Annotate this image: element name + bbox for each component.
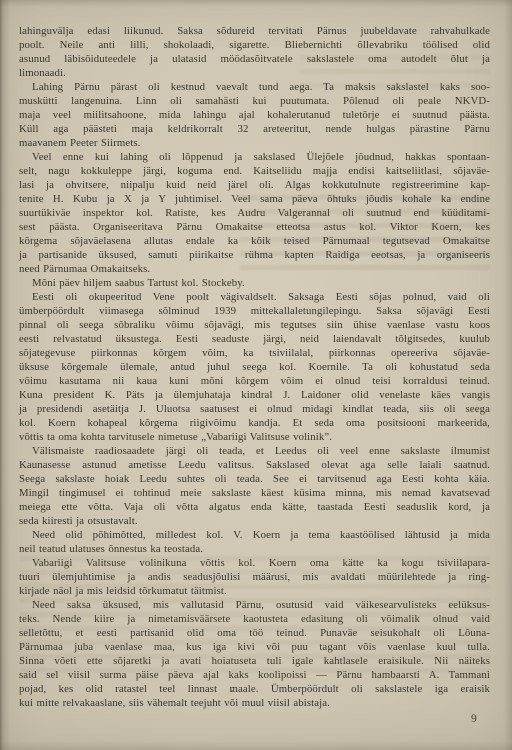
text-line: pinnal oli seega sõbraliku võimu sõjaväg…: [19, 318, 490, 332]
text-line: seda kiiresti ja otsustavalt.: [19, 514, 490, 528]
paper-speck: [231, 690, 233, 692]
text-line: Kuna president K. Päts ja ülemjuhataja k…: [19, 388, 490, 402]
paragraph: Mõni päev hiljem saabus Tartust kol. Sto…: [19, 276, 490, 290]
text-line: Pärnumaa juba vaenlase maa, kus iga kivi…: [19, 640, 490, 654]
text-line: võimu kasutama nii kaua kuni mõni kõrgem…: [19, 374, 490, 388]
page-text: lahinguvälja edasi liikunud. Saksa sõdur…: [19, 24, 490, 710]
text-line: maja veel miilitsahoone, mida lahingu aj…: [19, 108, 490, 122]
text-line: poolt. Neile anti lilli, shokolaadi, sig…: [19, 38, 490, 52]
text-line: Vabariigi Valitsuse volinikuna võttis ko…: [19, 556, 490, 570]
text-line: tenite H. Kubu ja X ja Y juhtimisel. Vee…: [19, 192, 490, 206]
text-line: need Pärnumaa Omakaitseks.: [19, 262, 490, 276]
paragraph: Need olid põhimõtted, milledest kol. V. …: [19, 528, 490, 556]
text-line: asunud läbisõiduteedele ja ulatasid mööd…: [19, 52, 490, 66]
text-line: selt, nagu kokkuleppe järgi, koguma end.…: [19, 164, 490, 178]
text-line: said sel viisil surma päise päeva ajal k…: [19, 668, 490, 682]
text-line: kol. Koern kohapeal kõrgema riigivõimu k…: [19, 416, 490, 430]
paragraph: Lahing Pärnu pärast oli kestnud vaevalt …: [19, 80, 490, 150]
text-line: Mõni päev hiljem saabus Tartust kol. Sto…: [19, 276, 490, 290]
text-line: eesti relvastatud üksustega. Eesti seadu…: [19, 332, 490, 346]
page-number: 9: [471, 712, 477, 726]
text-line: pojad, kes olid ratastel teel linnast ma…: [19, 682, 490, 696]
paragraph: Eesti oli okupeeritud Vene poolt vägival…: [19, 290, 490, 444]
text-line: Veel enne kui lahing oli lõppenud ja sak…: [19, 150, 490, 164]
text-line: Välismaiste raadiosaadete järgi oli tead…: [19, 444, 490, 458]
text-line: neil teatud ulatuses õnnestus ka teostad…: [19, 542, 490, 556]
paragraph: lahinguvälja edasi liikunud. Saksa sõdur…: [19, 24, 490, 80]
text-line: maavanem Peeter Siirmets.: [19, 136, 490, 150]
text-line: lahinguvälja edasi liikunud. Saksa sõdur…: [19, 24, 490, 38]
text-line: tuuri ülemjuhtimise ja andis seadusjõuli…: [19, 570, 490, 584]
text-line: lasi ja ohvitsere, niipalju kuid neid jä…: [19, 178, 490, 192]
text-line: Eesti oli okupeeritud Vene poolt vägival…: [19, 290, 490, 304]
text-line: limonaadi.: [19, 66, 490, 80]
text-line: ja presidendi asetäitja J. Uluotsa saatu…: [19, 402, 490, 416]
text-line: muskütti langenuina. Linn oli samahästi …: [19, 94, 490, 108]
paragraph: Veel enne kui lahing oli lõppenud ja sak…: [19, 150, 490, 276]
text-line: meiega ette võtta. Vaja oli võtta algatu…: [19, 500, 490, 514]
text-line: selletõttu, et eesti partisanid olid oma…: [19, 626, 490, 640]
text-line: kui mitte relvakaaslane, siis vähemalt t…: [19, 696, 490, 710]
paragraph: Need saksa üksused, mis vallutasid Pärnu…: [19, 598, 490, 710]
paragraph: Vabariigi Valitsuse volinikuna võttis ko…: [19, 556, 490, 598]
text-line: ja partisanide üksused, samuti piirikait…: [19, 248, 490, 262]
book-page: lahinguvälja edasi liikunud. Saksa sõdur…: [0, 0, 512, 750]
text-line: Seega sakslaste hoiak Leedu suhtes oli t…: [19, 472, 490, 486]
text-line: üksuse kõrgemale ülemale, antud juhul se…: [19, 360, 490, 374]
text-line: ümberpöördult viimasega sõlminud 1939 mi…: [19, 304, 490, 318]
text-line: sõjategevuse piirkonnas kõrgem võim, ka …: [19, 346, 490, 360]
text-line: Küll aga päästeti maja keldrikorralt 32 …: [19, 122, 490, 136]
text-line: kirjade näol ja mis leidsid tõrkumatut t…: [19, 584, 490, 598]
text-line: Mingil tingimusel ei tohtinud meie saksl…: [19, 486, 490, 500]
text-line: Need olid põhimõtted, milledest kol. V. …: [19, 528, 490, 542]
text-line: Lahing Pärnu pärast oli kestnud vaevalt …: [19, 80, 490, 94]
text-line: suurtükiväe inspektor kol. Ratiste, kes …: [19, 206, 490, 220]
text-line: Need saksa üksused, mis vallutasid Pärnu…: [19, 598, 490, 612]
text-line: Kaunasesse astunud ametisse Leedu valits…: [19, 458, 490, 472]
text-line: Sinna võeti ette sõjaretki ja avati hoia…: [19, 654, 490, 668]
text-line: kõrgema sõjaväelasena allutas endale ka …: [19, 234, 490, 248]
text-line: sest päästa. Organiseeritava Pärnu Omaka…: [19, 220, 490, 234]
text-line: võttis ta oma kohta tarvitusele nimetuse…: [19, 430, 490, 444]
paragraph: Välismaiste raadiosaadete järgi oli tead…: [19, 444, 490, 528]
text-line: teks. Nende kiire ja nimetamisväärsete k…: [19, 612, 490, 626]
